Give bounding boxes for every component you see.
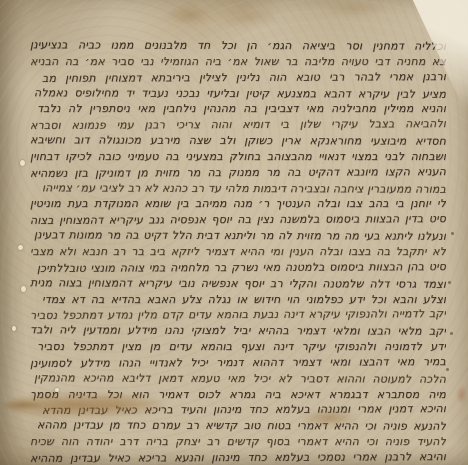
- manuscript-line: וצמד גרסי דלה שלמטנה והקלי רב יוסף אנפשי…: [30, 276, 446, 293]
- manuscript-line: ידע לדמוניה ולהנפוקי עיקר דינה וצעף בוהמ…: [30, 340, 446, 356]
- manuscript-line: לי יוחנן בי בהב צבו ובלה הענטיך ר׳ מנה מ…: [30, 197, 446, 213]
- manuscript-line: סיט בהן הבצוות ביסמוס בלמטנה מאי נשרק בר…: [30, 260, 446, 278]
- manuscript-text-block: וכלליה דמחנין וסר ביציאה הגמ׳ הן וכל חד …: [30, 39, 446, 465]
- manuscript-line: מיה מסתברא דבגמרא דאיכא ביה גמרא לכוס דא…: [30, 388, 446, 404]
- manuscript-line: להנעא פוניה וכי ההיא דאמרי בטוח טוב קדשי…: [30, 419, 446, 436]
- manuscript-line: הלכה למעוטה וההוא דסביר לא יכיל מאי טעמא…: [30, 371, 446, 388]
- manuscript-line: יקב מלאי הבצו ומלאי דצמיר בההיא יביל למצ…: [30, 323, 446, 340]
- manuscript-line: העניא הקצו מיונבא דהקיט בה מר ממנוק בה מ…: [30, 165, 446, 183]
- manuscript-line: ולהביאה בצבל עיקרי שלון בי דומיא והוה צר…: [30, 117, 446, 135]
- manuscript-line: והניא ממילין מחבילניה מאי דצביבין בה מהנ…: [30, 102, 446, 118]
- manuscript-line: חסדיא מיבוצעי מחוראנקא ארין כשוקן ולב שצ…: [30, 133, 446, 150]
- manuscript-line: ונעלנו ליתנא בעי מה מר מזוית לה מר וליתנ…: [30, 228, 446, 245]
- manuscript-line: ורבנן אמרי לבהר רבי טובא הוה נלינין לציל…: [30, 70, 446, 88]
- manuscript-photo: וכלליה דמחנין וסר ביציאה הגמ׳ הן וכל חד …: [0, 0, 468, 465]
- manuscript-line: מציע לבין עיקרא דהבא במצנעא קיטין ובליעז…: [30, 86, 446, 103]
- manuscript-line: וצלע והבא וכל ידע כפלמוני הוי חידוש או נ…: [30, 293, 446, 309]
- manuscript-line: והיבא לרבנן אמרי נסמכי בעלמא כחד מינהון …: [30, 450, 446, 465]
- manuscript-line: יקב לדמייה ולהנפוקי עיקרא דינה נבעת בוהמ…: [30, 307, 446, 325]
- manuscript-line: וכלליה דמחנין וסר ביציאה הגמ׳ הן וכל חד …: [30, 39, 446, 56]
- manuscript-line: ושבחוה לבני במצוי דנאויי מהבצוהב בחולק ב…: [30, 150, 446, 166]
- manuscript-line: צא מחניה דבי טעויה מליבה בר שאול אמ׳ ביה…: [30, 55, 446, 71]
- manuscript-line: סיט בדין הבצוות ביסמוס בלמשנה נצין בה יו…: [30, 212, 446, 230]
- manuscript-line: במורה ממעוברין ציחבה ובצבירה דיבמות מלהי…: [30, 181, 446, 198]
- manuscript-line: במיר מאי דהבצו ומאי דצמיר דההוא דנמיר יכ…: [30, 355, 446, 373]
- manuscript-line: לא יתקבל בה בצבו ובלה הענין ומי ההיא דצמ…: [30, 245, 446, 261]
- manuscript-line: להעיד פוניה וכי ההיא דאמרי בסוף קדשים רב…: [30, 435, 446, 451]
